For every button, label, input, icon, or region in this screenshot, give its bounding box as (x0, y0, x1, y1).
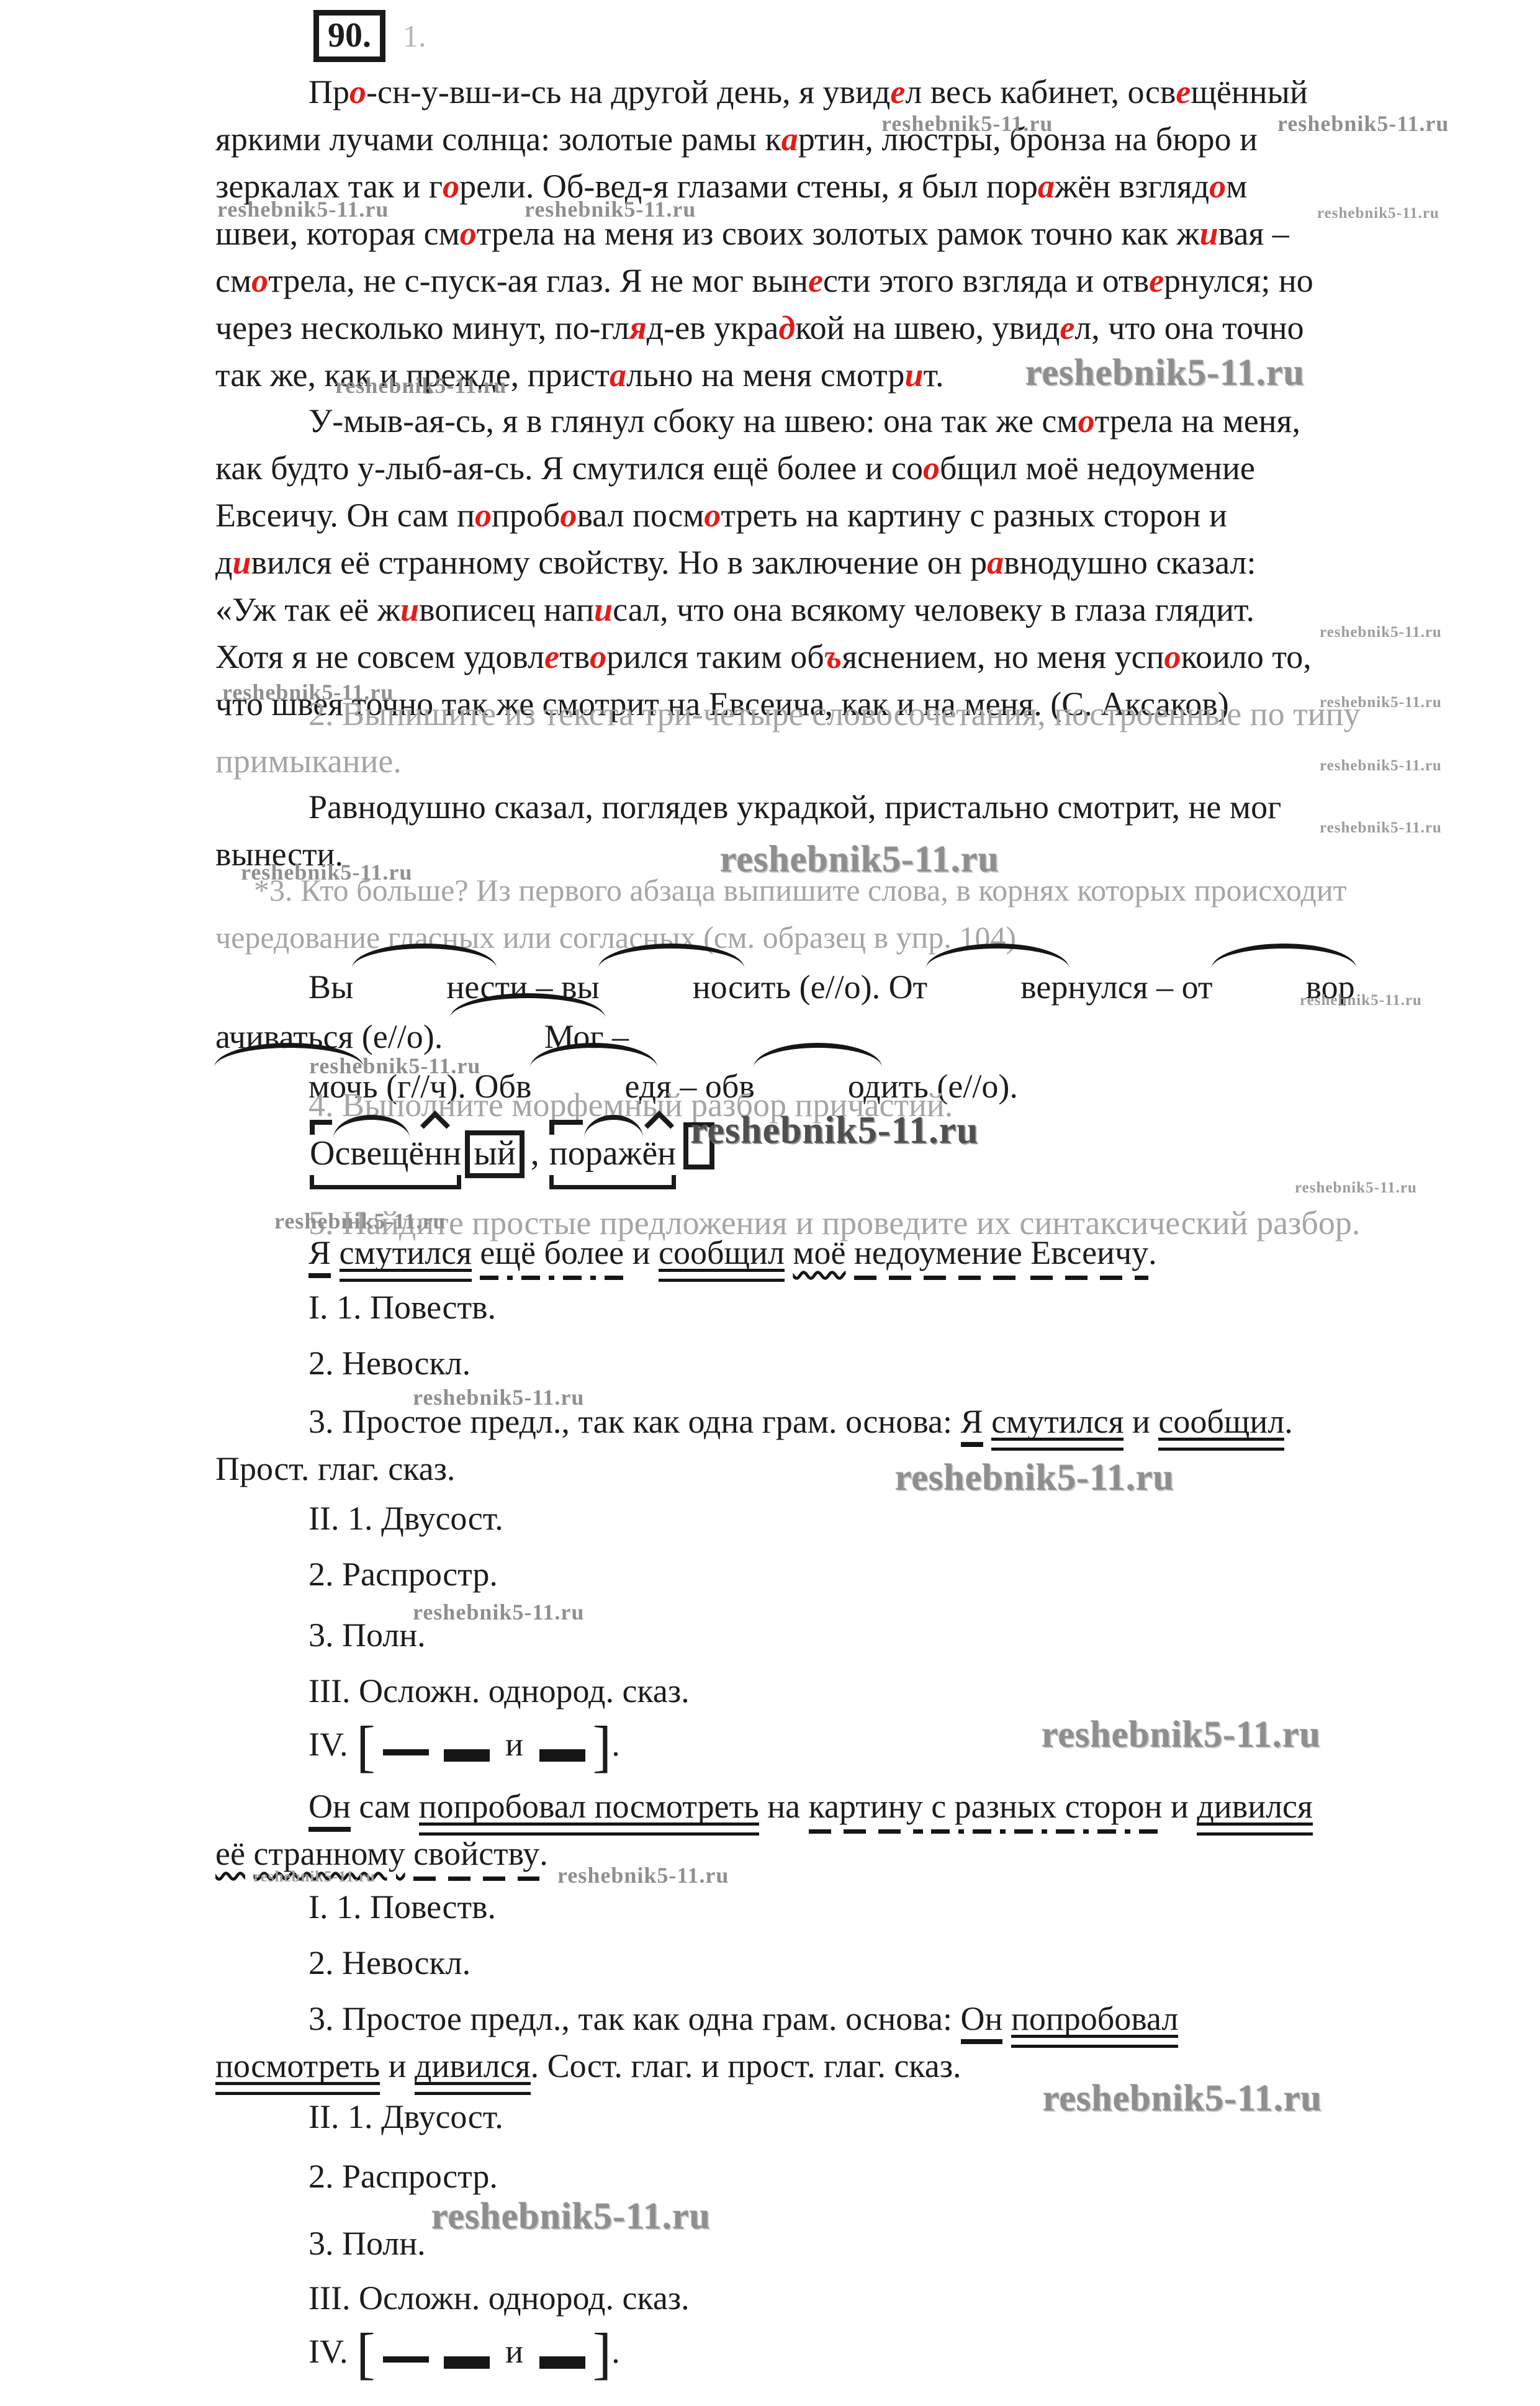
watermark: reshebnik5-11.ru (1025, 351, 1305, 394)
watermark: reshebnik5-11.ru (335, 372, 507, 399)
text-segment: д (215, 544, 232, 581)
text-ud: недоумение (854, 1234, 1022, 1271)
text-segment: IV. (308, 2333, 356, 2370)
text-segment: IV. (308, 1726, 356, 1763)
text-u1: Он (308, 1788, 351, 1832)
text-segment (846, 1234, 855, 1271)
textbook-solution-page: 90.1. Про-сн-у-вш-и-сь на другой день, я… (0, 0, 1540, 2406)
text-segment: через несколько минут, по-гл (215, 309, 629, 346)
watermark: reshebnik5-11.ru (222, 679, 394, 705)
text-u2: дивился (1197, 1788, 1313, 1825)
text-segment: рнулся; но (1164, 262, 1313, 299)
text-u2: сообщил (1158, 1403, 1284, 1440)
watermark: reshebnik5-11.ru (690, 1109, 978, 1153)
paragraph-1: Про-сн-у-вш-и-сь на другой день, я увиде… (215, 68, 1457, 399)
text-red: о (349, 73, 366, 110)
separator: , (531, 1134, 548, 1173)
text-segment: вая – (1218, 215, 1289, 252)
text-segment: нулся – от (1068, 968, 1212, 1006)
analysis2-line-3: 3. Простое предл., так как одна грам. ос… (215, 1995, 1457, 2089)
text-segment: вописец нап (419, 591, 594, 628)
text-red: о (251, 262, 268, 299)
text-segment: и (497, 1726, 532, 1763)
text-sline (383, 2330, 429, 2363)
text-brk: [ (356, 1714, 376, 1778)
text-segment: л, что она точно (1074, 309, 1304, 346)
text-red: е (1060, 309, 1074, 346)
morpheme-root: раж (585, 1133, 642, 1173)
text-segment: яркими лучами солнца: золотые рамы к (215, 120, 781, 158)
text-segment (245, 1835, 254, 1872)
part-number: 1. (403, 19, 426, 53)
word-stem: Освещённ (308, 1133, 462, 1173)
watermark: reshebnik5-11.ru (1043, 2077, 1322, 2120)
text-red: о (704, 497, 721, 534)
watermark: reshebnik5-11.ru (1295, 1179, 1417, 1197)
text-dline (444, 1723, 490, 1755)
text-segment (405, 1835, 414, 1872)
text-ud: Евсеичу (1030, 1234, 1148, 1271)
text-red: о (1164, 638, 1181, 675)
morpheme-analysis: Освещённый, поражён (308, 1122, 721, 1178)
text-red: о (460, 215, 477, 252)
watermark: reshebnik5-11.ru (309, 1053, 480, 1079)
text-segment: и (497, 2333, 532, 2370)
analysis1-line-7: III. Осложн. однород. сказ. (308, 1667, 1540, 1714)
text-segment: сти этого взгляда и отв (823, 262, 1149, 299)
text-red: е (1176, 73, 1191, 110)
text-uw: её (215, 1835, 245, 1872)
morpheme-suf: ён (642, 1133, 676, 1173)
morpheme-pre: по (549, 1133, 585, 1173)
text-segment: см (215, 262, 251, 299)
analysis2-line-7: III. Осложн. однород. сказ. (308, 2274, 1540, 2322)
text-segment: трела, не с-пуск-ая глаз. Я не мог вын (268, 262, 808, 299)
text-red: о (590, 638, 606, 675)
watermark: reshebnik5-11.ru (241, 859, 412, 885)
text-red: я (629, 309, 647, 346)
analysis2-line-2: 2. Невоскл. (308, 1939, 1540, 1986)
text-segment: д-ев укра (647, 309, 779, 346)
text-brk: [ (356, 2322, 376, 2385)
text-segment: на (759, 1788, 809, 1825)
text-root: нос (600, 962, 743, 1012)
analysis1-line-5: 2. Распростр. (308, 1551, 1540, 1598)
text-segment: кой на швею, увид (795, 309, 1060, 346)
text-segment: Прост. глаг. сказ. (215, 1450, 455, 1487)
analysis2-line-5: 2. Распростр. (308, 2153, 1540, 2200)
watermark: reshebnik5-11.ru (413, 1599, 584, 1625)
text-segment: щённый (1191, 73, 1308, 110)
text-segment: сам (351, 1788, 419, 1825)
text-red: ъ (824, 638, 842, 675)
text-segment: вал посм (577, 497, 704, 534)
word-stem: поражён (548, 1133, 677, 1173)
text-red: и (232, 544, 251, 581)
text-segment: Евсеичу. Он сам п (215, 497, 475, 534)
watermark: reshebnik5-11.ru (881, 110, 1053, 137)
text-segment: трела на меня, (1095, 402, 1300, 439)
text-segment (472, 1234, 480, 1271)
text-segment: как будто у-лыб-ая-сь. Я смутился ещё бо… (215, 449, 923, 487)
text-ud: картину (809, 1788, 923, 1825)
text-red: о (1209, 168, 1226, 205)
text-udd: с разных сторон (931, 1788, 1162, 1825)
text-segment (923, 1788, 932, 1825)
text-segment: чередование гласных или согласных (см. о… (215, 920, 1024, 955)
text-udd: ещё более (480, 1234, 624, 1271)
text-segment: жён взгляд (1055, 168, 1209, 205)
text-segment: . (539, 1835, 548, 1872)
text-dline (539, 2330, 585, 2363)
text-red: и (400, 591, 419, 628)
text-segment: и (1162, 1788, 1197, 1825)
text-red: е (808, 262, 823, 299)
text-ud: свойству (413, 1835, 539, 1872)
text-red: а (781, 120, 798, 158)
watermark: reshebnik5-11.ru (217, 196, 389, 222)
text-red: а (610, 356, 626, 394)
task-2-text: 2. Выпишите из текста три-четыре словосо… (215, 690, 1457, 785)
text-segment: Хотя я не совсем удовл (215, 638, 544, 675)
morpheme-ending-box: ый (465, 1130, 525, 1178)
text-dline (444, 2330, 490, 2363)
text-segment: м (1226, 168, 1247, 205)
watermark: reshebnik5-11.ru (1300, 992, 1422, 1009)
paragraph-2: У-мыв-ая-сь, я в глянул сбоку на швею: о… (215, 397, 1457, 728)
analysis2-line-4: II. 1. Двусост. (308, 2093, 1540, 2140)
analysis1-line-3: 3. Простое предл., так как одна грам. ос… (215, 1398, 1457, 1492)
text-segment: внодушно сказал: (1004, 544, 1256, 581)
text-segment: ить (е//о). От (743, 968, 927, 1006)
text-segment: . Сост. глаг. и прост. глаг. сказ. (531, 2047, 961, 2084)
watermark: reshebnik5-11.ru (720, 838, 999, 881)
morpheme-root: свещ (335, 1133, 408, 1173)
watermark: reshebnik5-11.ru (1320, 819, 1442, 837)
text-uw: странному (253, 1835, 405, 1872)
text-segment: проб (492, 497, 560, 534)
text-u1: Он (961, 2000, 1003, 2044)
text-segment: 3. Простое предл., так как одна грам. ос… (308, 2000, 961, 2037)
exercise-header: 90.1. (313, 10, 426, 62)
text-segment: -сн-у-вш-и-сь на другой день, я увид (366, 73, 890, 110)
text-brk: ] (593, 2322, 612, 2385)
text-red: и (1200, 215, 1218, 252)
text-segment: Вы (308, 968, 353, 1006)
text-red: о (475, 497, 492, 534)
morpheme-suf: ённ (408, 1133, 461, 1173)
text-segment: л весь кабинет, осв (905, 73, 1176, 110)
text-u2: попробовал посмотреть (419, 1788, 759, 1825)
text-segment: . (1284, 1403, 1293, 1440)
text-segment: 3. Простое предл., так как одна грам. ос… (308, 1403, 961, 1440)
text-segment: т. (923, 356, 943, 394)
text-segment: вился её странному свойству. Но в заключ… (251, 544, 988, 581)
watermark: reshebnik5-11.ru (253, 1868, 376, 1886)
text-root: вер (927, 962, 1068, 1012)
text-segment: . (611, 2333, 620, 2370)
watermark: reshebnik5-11.ru (525, 196, 696, 222)
watermark: reshebnik5-11.ru (274, 1208, 446, 1234)
text-u2: сообщил (659, 1234, 785, 1271)
text-red: д (778, 309, 795, 346)
morpheme-pre: О (310, 1133, 335, 1173)
text-red: о (443, 168, 459, 205)
text-red: о (1078, 402, 1095, 439)
text-segment (785, 1234, 793, 1271)
watermark: reshebnik5-11.ru (895, 1456, 1174, 1499)
text-segment: рился таким об (606, 638, 824, 675)
text-segment: Равнодушно сказал, поглядев украдкой, пр… (308, 788, 1281, 826)
analyzed-sentence-1: Я смутился ещё более и сообщил моё недоу… (215, 1229, 1457, 1276)
watermark: reshebnik5-11.ru (431, 2195, 711, 2238)
watermark: reshebnik5-11.ru (413, 1384, 584, 1410)
analysis2-line-1: I. 1. Повеств. (308, 1883, 1540, 1931)
morpheme-word: Освещённый (308, 1130, 525, 1178)
text-segment: и (380, 2047, 415, 2084)
analysis2-scheme: IV. [ и ]. (308, 2328, 1540, 2375)
text-red: о (923, 449, 940, 487)
text-segment: «Уж так её ж (215, 591, 400, 628)
text-segment: 2. Выпишите из текста три-четыре словосо… (308, 695, 1361, 732)
text-red: е (544, 638, 559, 675)
exercise-number-box: 90. (313, 10, 385, 62)
analyzed-sentence-2: Он сам попробовал посмотреть на картину … (215, 1783, 1457, 1877)
text-u1: Я (308, 1234, 331, 1278)
analysis1-line-1: I. 1. Повеств. (308, 1284, 1540, 1331)
watermark: reshebnik5-11.ru (1277, 110, 1449, 137)
analysis1-line-2: 2. Невоскл. (308, 1340, 1540, 1387)
text-segment (983, 1403, 992, 1440)
text-segment: льно на меня смотр (626, 356, 904, 394)
text-red: и (904, 356, 923, 394)
text-segment (1002, 2000, 1011, 2037)
text-segment: У-мыв-ая-сь, я в глянул сбоку на швею: о… (308, 402, 1078, 439)
text-segment: бщил моё недоумение (940, 449, 1255, 487)
text-u2: смутился (991, 1403, 1123, 1440)
text-red: е (1149, 262, 1164, 299)
text-segment: Пр (308, 73, 349, 110)
morpheme-word: поражён (548, 1122, 714, 1173)
text-u2: посмотреть (215, 2047, 380, 2084)
text-segment: . (1148, 1234, 1157, 1271)
watermark: reshebnik5-11.ru (1042, 1713, 1321, 1756)
text-segment: и (1123, 1403, 1158, 1440)
text-dline (539, 1723, 585, 1755)
text-segment (331, 1234, 340, 1271)
watermark: reshebnik5-11.ru (1320, 624, 1442, 641)
text-segment: коило то, (1181, 638, 1312, 675)
watermark: reshebnik5-11.ru (1320, 757, 1442, 775)
text-u2: дивился (415, 2047, 531, 2084)
analysis1-line-4: II. 1. Двусост. (308, 1495, 1540, 1542)
text-red: и (594, 591, 613, 628)
text-red: а (1038, 168, 1055, 205)
text-red: а (987, 544, 1004, 581)
text-segment: примыкание. (215, 742, 402, 780)
text-red: о (560, 497, 577, 534)
text-sline (383, 1723, 429, 1755)
watermark: reshebnik5-11.ru (1317, 205, 1439, 222)
text-red: е (890, 73, 905, 110)
watermark: reshebnik5-11.ru (1320, 694, 1442, 711)
analysis1-scheme: IV. [ и ]. (308, 1721, 1540, 1768)
text-segment: тв (559, 638, 590, 675)
watermark: reshebnik5-11.ru (557, 1862, 729, 1888)
text-segment: . (611, 1726, 620, 1763)
text-brk: ] (593, 1714, 612, 1778)
text-segment: и (624, 1234, 659, 1271)
text-u1: Я (961, 1403, 983, 1447)
text-segment (1022, 1234, 1031, 1271)
text-segment: сал, что она всякому человеку в глаза гл… (613, 591, 1254, 628)
text-u2: смутился (340, 1234, 472, 1271)
text-segment: яснением, но меня усп (842, 638, 1164, 675)
text-u2: попробовал (1011, 2000, 1178, 2037)
text-segment: треть на картину с разных сторон и (721, 497, 1227, 534)
text-uw: моё (793, 1234, 845, 1271)
